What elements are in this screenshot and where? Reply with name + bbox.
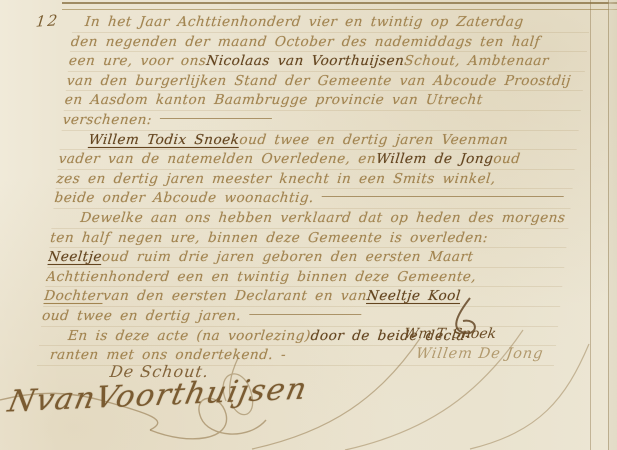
handwritten-text: Willem de Jong	[375, 150, 494, 169]
manuscript-line: Willem Todix Snoek oud twee en dertig ja…	[60, 131, 579, 151]
handwritten-text: Willem Todix Snoek	[88, 131, 241, 150]
manuscript-line: Achttienhonderd een en twintig binnen de…	[45, 268, 564, 288]
manuscript-line: een ure, voor ons Nicolaas van Voorthuij…	[68, 52, 587, 72]
handwritten-text: en Aasdom kanton Baambrugge provincie va…	[64, 91, 484, 110]
top-double-rule	[62, 2, 617, 10]
act-text-block: In het Jaar Achttienhonderd vier en twin…	[37, 13, 591, 366]
handwritten-text: Dewelke aan ons hebben verklaard dat op …	[79, 209, 566, 228]
ink-filler-line	[160, 118, 272, 119]
handwritten-text: den negenden der maand October des nadem…	[70, 33, 541, 52]
signature-schout-van-voorthuijsen: NvanVoorthuijsen	[5, 372, 311, 420]
manuscript-line: oud twee en dertig jaren.	[41, 307, 560, 327]
handwritten-text: een ure, voor ons	[68, 52, 207, 71]
right-margin-rule	[590, 0, 591, 450]
handwritten-text: vader van de natemelden Overledene, en	[58, 150, 377, 169]
handwritten-text: oud twee en dertig jaren Veenman	[239, 131, 510, 150]
ink-filler-line	[249, 314, 361, 315]
handwritten-text: ten half negen ure, binnen deze Gemeente…	[49, 229, 489, 248]
handwritten-text: Neeltje Kool	[366, 287, 462, 306]
act-number: 12	[35, 11, 60, 31]
manuscript-line: vader van de natemelden Overledene, en W…	[58, 150, 577, 170]
manuscript-line: zes en dertig jaren meester knecht in ee…	[55, 170, 574, 190]
handwritten-text: oud ruim drie jaren geboren den eersten …	[101, 248, 474, 267]
manuscript-line: van den burgerlijken Stand der Gemeente …	[66, 72, 585, 92]
page-edge-shadow	[608, 0, 617, 450]
manuscript-line: verschenen:	[62, 111, 581, 131]
manuscript-line: den negenden der maand October des nadem…	[70, 33, 589, 53]
manuscript-line: ten half negen ure, binnen deze Gemeente…	[49, 229, 568, 249]
handwritten-text: van den burgerlijken Stand der Gemeente …	[66, 72, 572, 91]
handwritten-text: Dochter	[43, 287, 104, 306]
handwritten-text: Nicolaas van Voorthuijsen	[205, 52, 405, 71]
manuscript-page: 12 In het Jaar Achttienhonderd vier en t…	[0, 0, 617, 450]
manuscript-line: Dochter van den eersten Declarant en van…	[43, 287, 562, 307]
signature-declarant-de-jong: Willem De Jong	[415, 346, 545, 362]
handwritten-text: van den eersten Declarant en van	[102, 287, 368, 306]
handwritten-text: zes en dertig jaren meester knecht in ee…	[56, 170, 497, 189]
handwritten-text: Schout, Ambtenaar	[403, 52, 550, 71]
handwritten-text: In het Jaar Achttienhonderd vier en twin…	[84, 13, 525, 32]
manuscript-line: In het Jaar Achttienhonderd vier en twin…	[72, 13, 591, 33]
manuscript-line: beide onder Abcoude woonachtig.	[53, 189, 572, 209]
handwritten-text: oud	[492, 150, 521, 169]
handwritten-text: oud twee en dertig jaren.	[41, 307, 242, 326]
manuscript-line: Dewelke aan ons hebben verklaard dat op …	[51, 209, 570, 229]
handwritten-text: En is deze acte (na voorlezing)	[67, 327, 312, 346]
manuscript-line: Neeltje oud ruim drie jaren geboren den …	[47, 248, 566, 268]
signature-declarant-snoek: Wm T. Snoek	[403, 326, 497, 342]
handwritten-text: Neeltje	[47, 248, 103, 267]
handwritten-text: verschenen:	[62, 111, 153, 130]
manuscript-line: en Aasdom kanton Baambrugge provincie va…	[64, 91, 583, 111]
ink-filler-line	[322, 196, 564, 197]
handwritten-text: Achttienhonderd een en twintig binnen de…	[45, 268, 477, 287]
handwritten-text: beide onder Abcoude woonachtig.	[54, 189, 315, 208]
